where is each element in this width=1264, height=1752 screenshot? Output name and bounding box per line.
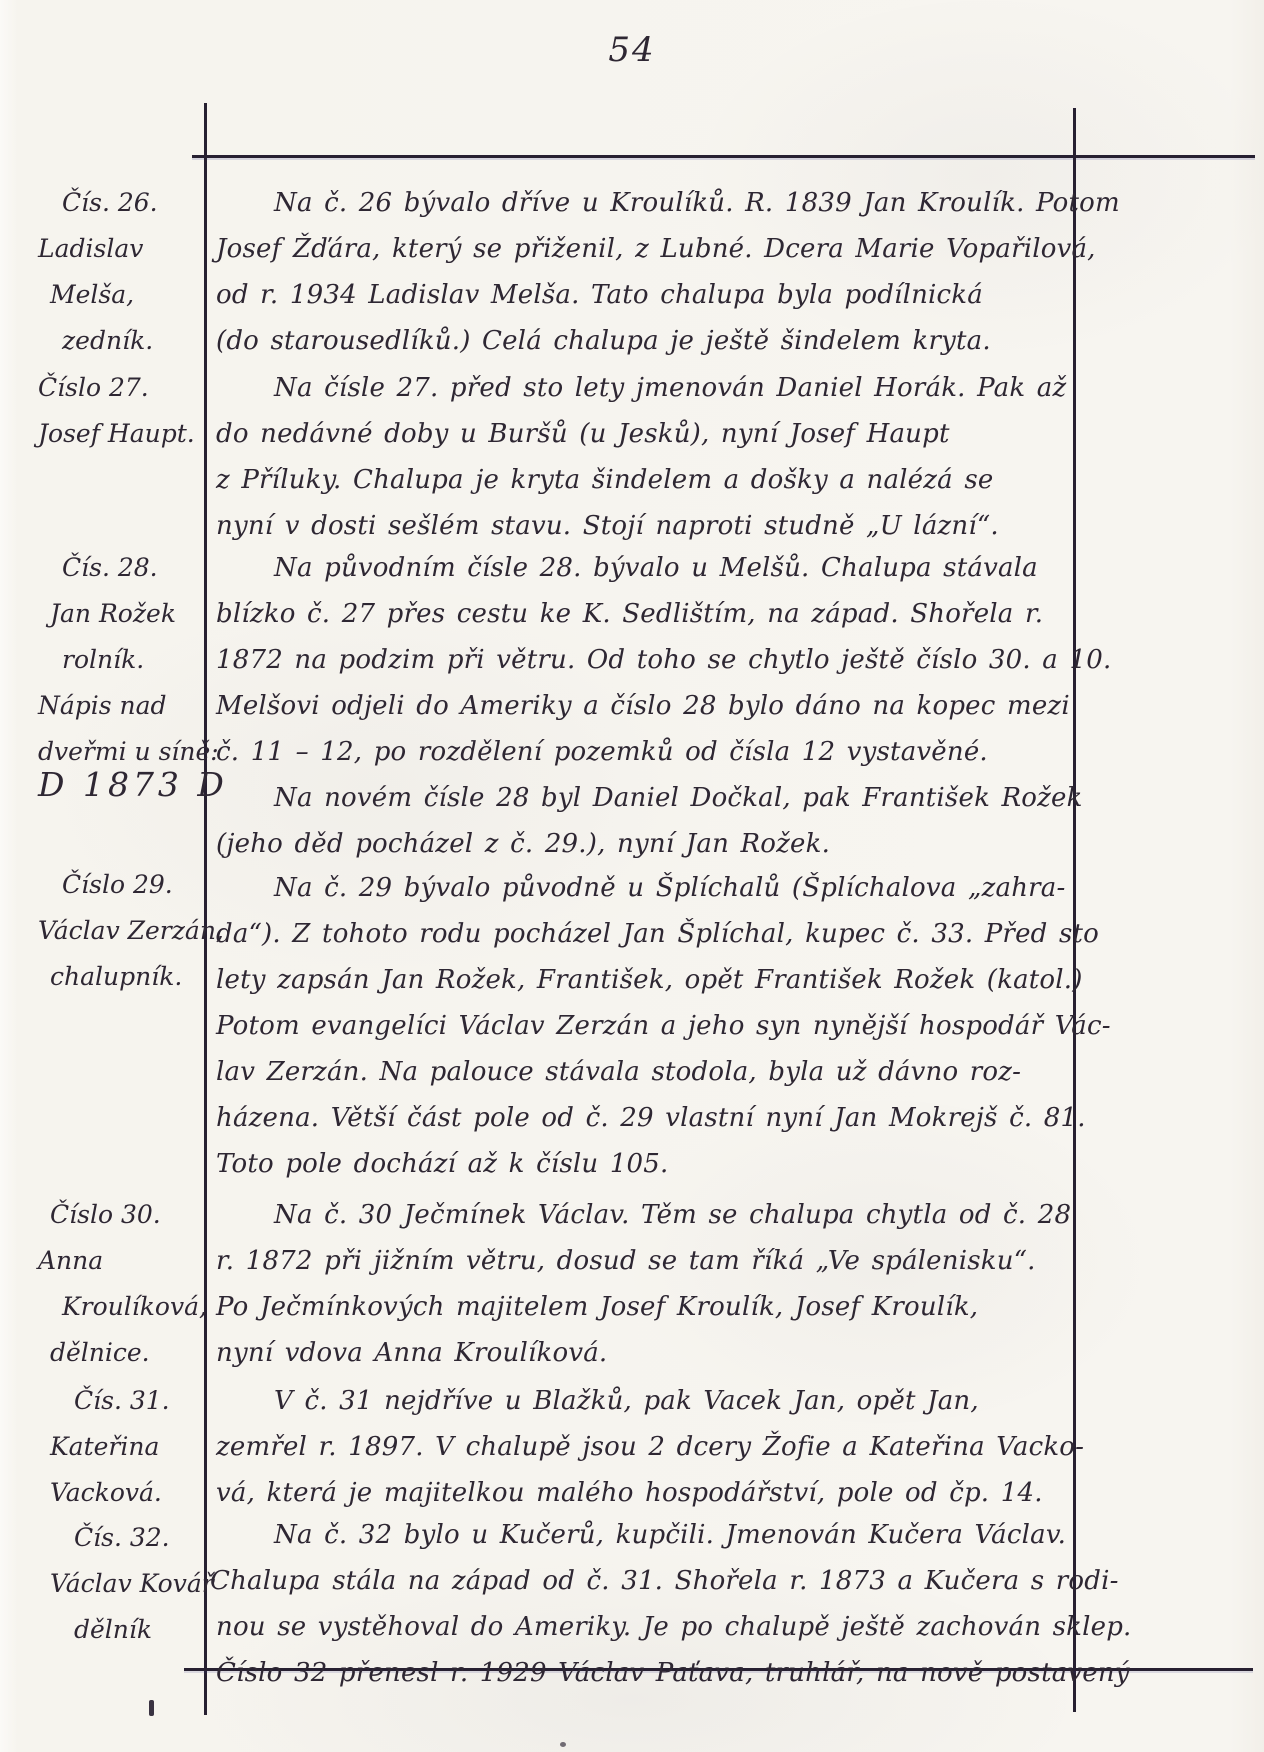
text-line: č. 11 – 12, po rozdělení pozemků od čísl… [216,729,1086,775]
margin-line: Anna [38,1238,203,1284]
margin-line: Melša, [38,272,203,318]
text-line: z Příluky. Chalupa je kryta šindelem a d… [216,457,1086,503]
margin-line: Čís. 26. [38,180,203,226]
margin-line: dělník [38,1607,203,1653]
text-line: 1872 na podzim při větru. Od toho se chy… [216,637,1086,683]
margin-line: Nápis nad [38,683,203,729]
margin-line: Číslo 27. [38,365,203,411]
text-line: V č. 31 nejdříve u Blažků, pak Vacek Jan… [216,1378,1086,1424]
text-line: nou se vystěhoval do Ameriky. Je po chal… [216,1604,1086,1650]
paragraph-house-30: Na č. 30 Ječmínek Václav. Těm se chalupa… [216,1192,1086,1376]
chronicle-page: 54 Čís. 26. Ladislav Melša, zedník. Čísl… [0,0,1264,1752]
left-column-rule [204,103,207,1715]
text-line: Na původním čísle 28. bývalo u Melšů. Ch… [216,545,1086,591]
margin-line: Ladislav [38,226,203,272]
text-line: lav Zerzán. Na palouce stávala stodola, … [216,1049,1086,1095]
text-line: házena. Větší část pole od č. 29 vlastní… [216,1095,1086,1141]
margin-entry-28: Čís. 28. Jan Rožek rolník. Nápis nad dve… [38,545,203,775]
text-line: zemřel r. 1897. V chalupě jsou 2 dcery Ž… [216,1424,1086,1470]
margin-entry-29: Číslo 29. Václav Zerzán, chalupník. [38,862,203,1000]
margin-line: Jan Rožek [38,591,203,637]
text-line: do nedávné doby u Buršů (u Jesků), nyní … [216,411,1086,457]
margin-line: Čís. 32. [38,1515,203,1561]
paragraph-house-28-new: Na novém čísle 28 byl Daniel Dočkal, pak… [216,775,1086,867]
paragraph-house-29: Na č. 29 bývalo původně u Šplíchalů (Špl… [216,865,1086,1187]
text-line: Na č. 26 bývalo dříve u Kroulíků. R. 183… [216,180,1086,226]
text-line: (do starousedlíků.) Celá chalupa je ješt… [216,318,1086,364]
paragraph-house-27: Na čísle 27. před sto lety jmenován Dani… [216,365,1086,549]
margin-line: Čís. 28. [38,545,203,591]
margin-line: Číslo 30. [38,1192,203,1238]
margin-entry-32: Čís. 32. Václav Kovář dělník [38,1515,203,1653]
margin-line: zedník. [38,318,203,364]
text-line: Josef Žďára, který se přiženil, z Lubné.… [216,226,1086,272]
margin-line: Vacková. [38,1470,203,1516]
ink-smudge [149,1700,154,1716]
margin-line: dělnice. [38,1330,203,1376]
paragraph-house-26: Na č. 26 bývalo dříve u Kroulíků. R. 183… [216,180,1086,364]
text-line: (jeho děd pocházel z č. 29.), nyní Jan R… [216,821,1086,867]
margin-line: Josef Haupt. [38,411,203,457]
text-line: Na novém čísle 28 byl Daniel Dočkal, pak… [216,775,1086,821]
margin-line: Číslo 29. [38,862,203,908]
text-line: lety zapsán Jan Rožek, František, opět F… [216,957,1086,1003]
text-line: blízko č. 27 přes cestu ke K. Sedlištím,… [216,591,1086,637]
margin-line: Václav Zerzán, [38,908,203,954]
text-line: Toto pole dochází až k číslu 105. [216,1141,1086,1187]
margin-line: chalupník. [38,954,203,1000]
text-line: Po Ječmínkových majitelem Josef Kroulík,… [216,1284,1086,1330]
margin-line: Kroulíková, [38,1284,203,1330]
top-rule [192,155,1255,158]
margin-entry-inscription: D 1873 D [38,762,203,808]
text-line: Na č. 32 bylo u Kučerů, kupčili. Jmenová… [216,1512,1086,1558]
margin-line: Kateřina [38,1424,203,1470]
margin-entry-26: Čís. 26. Ladislav Melša, zedník. [38,180,203,364]
margin-line: Čís. 31. [38,1378,203,1424]
text-line: Potom evangelíci Václav Zerzán a jeho sy… [216,1003,1086,1049]
margin-line: rolník. [38,637,203,683]
margin-entry-27: Číslo 27. Josef Haupt. [38,365,203,457]
ink-smudge [560,1742,566,1747]
margin-entry-30: Číslo 30. Anna Kroulíková, dělnice. [38,1192,203,1376]
margin-entry-31: Čís. 31. Kateřina Vacková. [38,1378,203,1516]
paragraph-house-32: Na č. 32 bylo u Kučerů, kupčili. Jmenová… [216,1512,1086,1696]
text-line: nyní vdova Anna Kroulíková. [216,1330,1086,1376]
door-inscription-1873: D 1873 D [38,762,203,808]
text-line: Na čísle 27. před sto lety jmenován Dani… [216,365,1086,411]
text-line: da“). Z tohoto rodu pocházel Jan Šplícha… [216,911,1086,957]
text-line: Na č. 29 bývalo původně u Šplíchalů (Špl… [216,865,1086,911]
paragraph-house-31: V č. 31 nejdříve u Blažků, pak Vacek Jan… [216,1378,1086,1516]
text-line: Melšovi odjeli do Ameriky a číslo 28 byl… [216,683,1086,729]
text-line: od r. 1934 Ladislav Melša. Tato chalupa … [216,272,1086,318]
paragraph-house-28-old: Na původním čísle 28. bývalo u Melšů. Ch… [216,545,1086,775]
page-number: 54 [0,30,1264,70]
text-line: r. 1872 při jižním větru, dosud se tam ř… [216,1238,1086,1284]
margin-line: Václav Kovář [38,1561,203,1607]
text-line: Číslo 32 přenesl r. 1929 Václav Paťava, … [216,1650,1086,1696]
text-line: nyní v dosti sešlém stavu. Stojí naproti… [216,503,1086,549]
text-line: Chalupa stála na západ od č. 31. Shořela… [210,1558,1086,1604]
text-line: vá, která je majitelkou malého hospodářs… [216,1470,1086,1516]
text-line: Na č. 30 Ječmínek Václav. Těm se chalupa… [216,1192,1086,1238]
